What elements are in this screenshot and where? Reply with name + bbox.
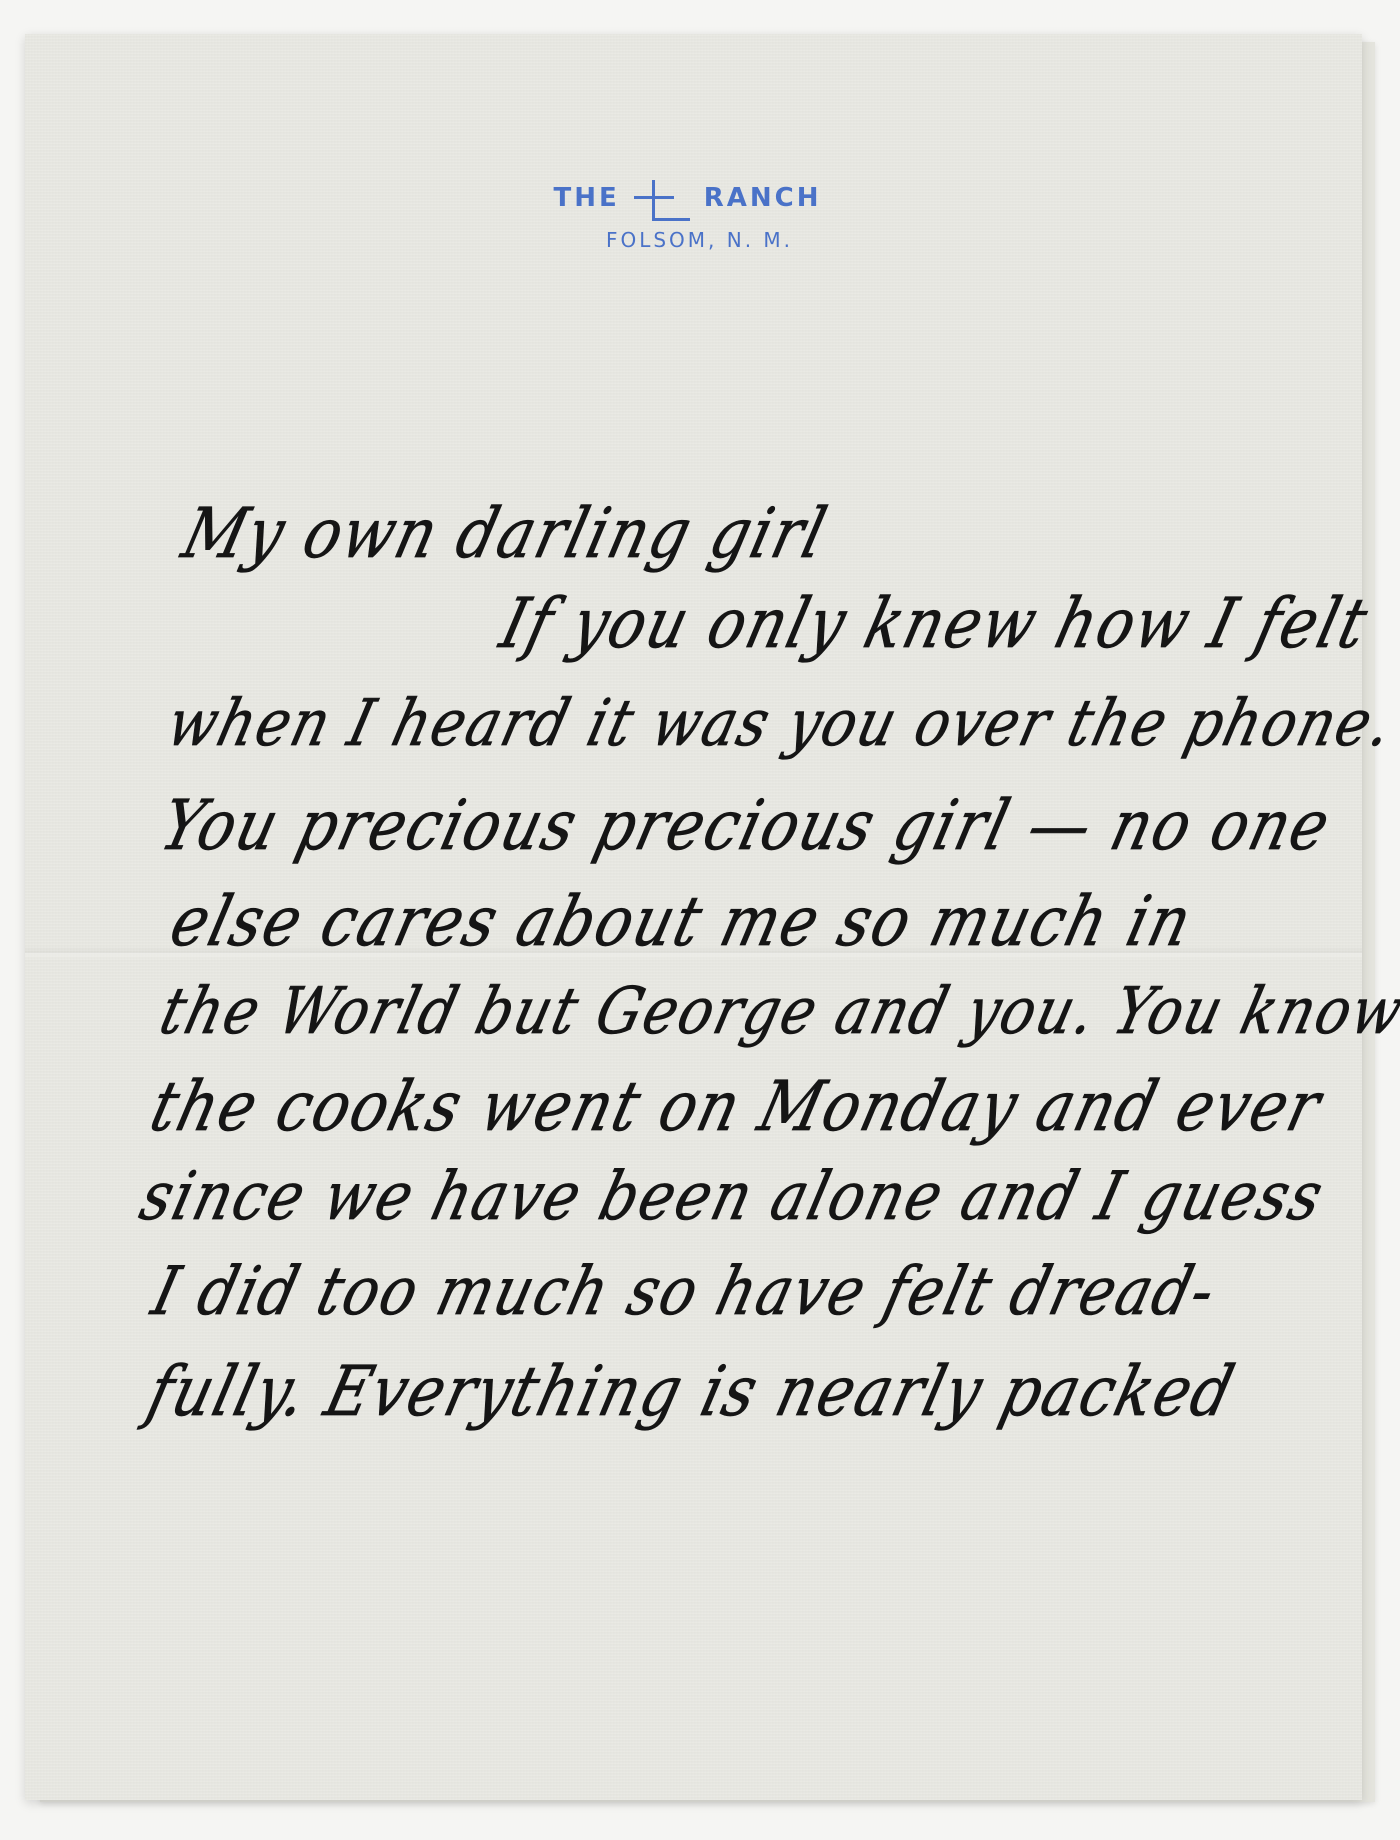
- letter-line: the World but George and you. You know: [153, 974, 1400, 1049]
- letterhead-title: THE RANCH: [13, 172, 1362, 224]
- letter-line: else cares about me so much in: [163, 882, 1201, 963]
- letter-line: If you only knew how I felt: [493, 584, 1377, 665]
- letterhead-word-ranch: RANCH: [704, 183, 822, 213]
- letter-line: I did too much so have felt dread-: [145, 1252, 1224, 1330]
- letterhead-location: FOLSOM, N. M.: [37, 228, 1362, 252]
- letter-line: fully. Everything is nearly packed: [140, 1352, 1243, 1433]
- letterhead-word-the: THE: [553, 183, 619, 213]
- letter-line: the cooks went on Monday and ever: [143, 1067, 1330, 1148]
- cross-l-brand-icon: [634, 180, 690, 224]
- letter-line: when I heard it was you over the phone.: [160, 686, 1400, 761]
- letterhead: THE RANCH FOLSOM, N. M.: [25, 172, 1362, 252]
- letter-page: THE RANCH FOLSOM, N. M. My own darling g…: [25, 34, 1362, 1800]
- letter-salutation: My own darling girl: [175, 494, 836, 575]
- letter-line: since we have been alone and I guess: [133, 1157, 1332, 1235]
- scan-stage: THE RANCH FOLSOM, N. M. My own darling g…: [0, 0, 1400, 1840]
- letter-line: You precious precious girl — no one: [153, 786, 1339, 867]
